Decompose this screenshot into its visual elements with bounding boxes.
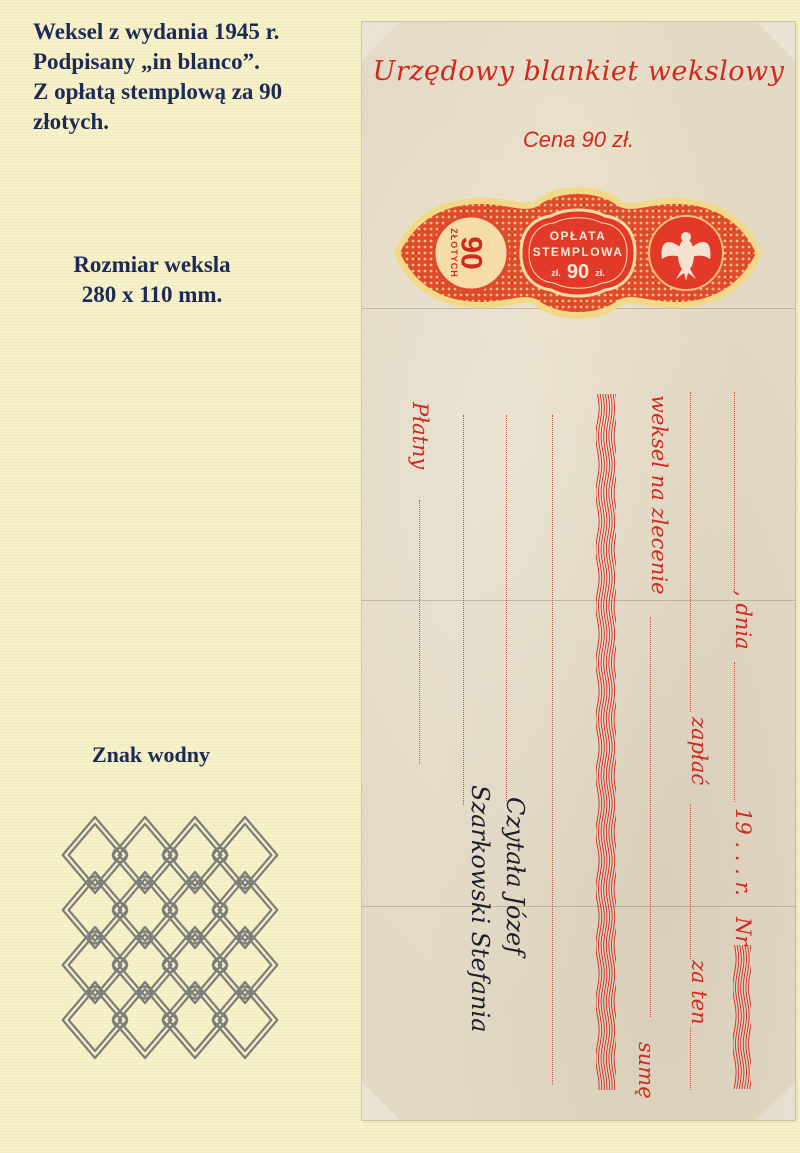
- svg-text:zł.: zł.: [595, 268, 605, 278]
- form-title: Urzędowy blankiet wekslowy: [362, 56, 795, 87]
- stamp-duty-seal: 90 ZŁOTYCH OPŁATA STEMPLOWA zł. 90 zł.: [386, 178, 770, 328]
- svg-text:Czytała Józef: Czytała Józef: [501, 797, 529, 959]
- security-band: [733, 945, 751, 1090]
- svg-text:90: 90: [567, 261, 589, 283]
- description-line: Podpisany „in blanco”.: [33, 47, 363, 77]
- field-line[interactable]: [506, 415, 507, 801]
- handwritten-endorsement: Czytała Józef Szarkowski Stefania: [432, 777, 552, 1120]
- description-line: złotych.: [33, 107, 363, 137]
- svg-text:ZŁOTYCH: ZŁOTYCH: [449, 228, 459, 278]
- place-field[interactable]: [734, 392, 735, 590]
- svg-text:Szarkowski Stefania: Szarkowski Stefania: [466, 785, 494, 1033]
- field-label-sum: sumę: [634, 1042, 658, 1099]
- svg-text:zł.: zł.: [551, 268, 561, 278]
- fold-line: [362, 906, 795, 907]
- form-price: Cena 90 zł.: [362, 127, 795, 153]
- field-line[interactable]: [463, 415, 464, 805]
- field-label-year: 19 . . . r.: [731, 808, 755, 896]
- svg-text:OPŁATA: OPŁATA: [550, 229, 607, 243]
- field-label-order: weksel na zlecenie: [647, 395, 671, 595]
- watermark-pattern-icon: [60, 805, 285, 1080]
- bill-of-exchange: Urzędowy blankiet wekslowy Cena 90 zł. 9…: [362, 22, 795, 1120]
- size-value: 280 x 110 mm.: [57, 280, 247, 310]
- description-text: Weksel z wydania 1945 r. Podpisany „in b…: [33, 17, 363, 137]
- field-label-payer: Płatny: [408, 402, 432, 469]
- field-label-date: , dnia: [731, 590, 755, 650]
- field-line[interactable]: [552, 415, 553, 1085]
- photo-corner: [757, 22, 795, 60]
- field-label-for-this: za ten: [687, 960, 711, 1025]
- size-info: Rozmiar weksla 280 x 110 mm.: [57, 250, 247, 310]
- pay-field[interactable]: [690, 804, 691, 959]
- order-field[interactable]: [650, 617, 651, 1017]
- description-line: Weksel z wydania 1945 r.: [33, 17, 363, 47]
- field-label-number: Nr: [731, 917, 755, 945]
- photo-corner: [757, 1082, 795, 1120]
- description-line: Z opłatą stemplową za 90: [33, 77, 363, 107]
- field-label-pay: zapłać: [687, 717, 711, 785]
- watermark-label: Znak wodny: [92, 740, 210, 770]
- security-band: [596, 394, 616, 1090]
- photo-corner: [362, 1082, 400, 1120]
- payer-field[interactable]: [419, 500, 420, 764]
- field-line[interactable]: [690, 392, 691, 712]
- field-line[interactable]: [690, 1027, 691, 1090]
- size-label: Rozmiar weksla: [57, 250, 247, 280]
- photo-corner: [362, 22, 400, 60]
- svg-text:STEMPLOWA: STEMPLOWA: [533, 245, 624, 259]
- date-field[interactable]: [734, 662, 735, 802]
